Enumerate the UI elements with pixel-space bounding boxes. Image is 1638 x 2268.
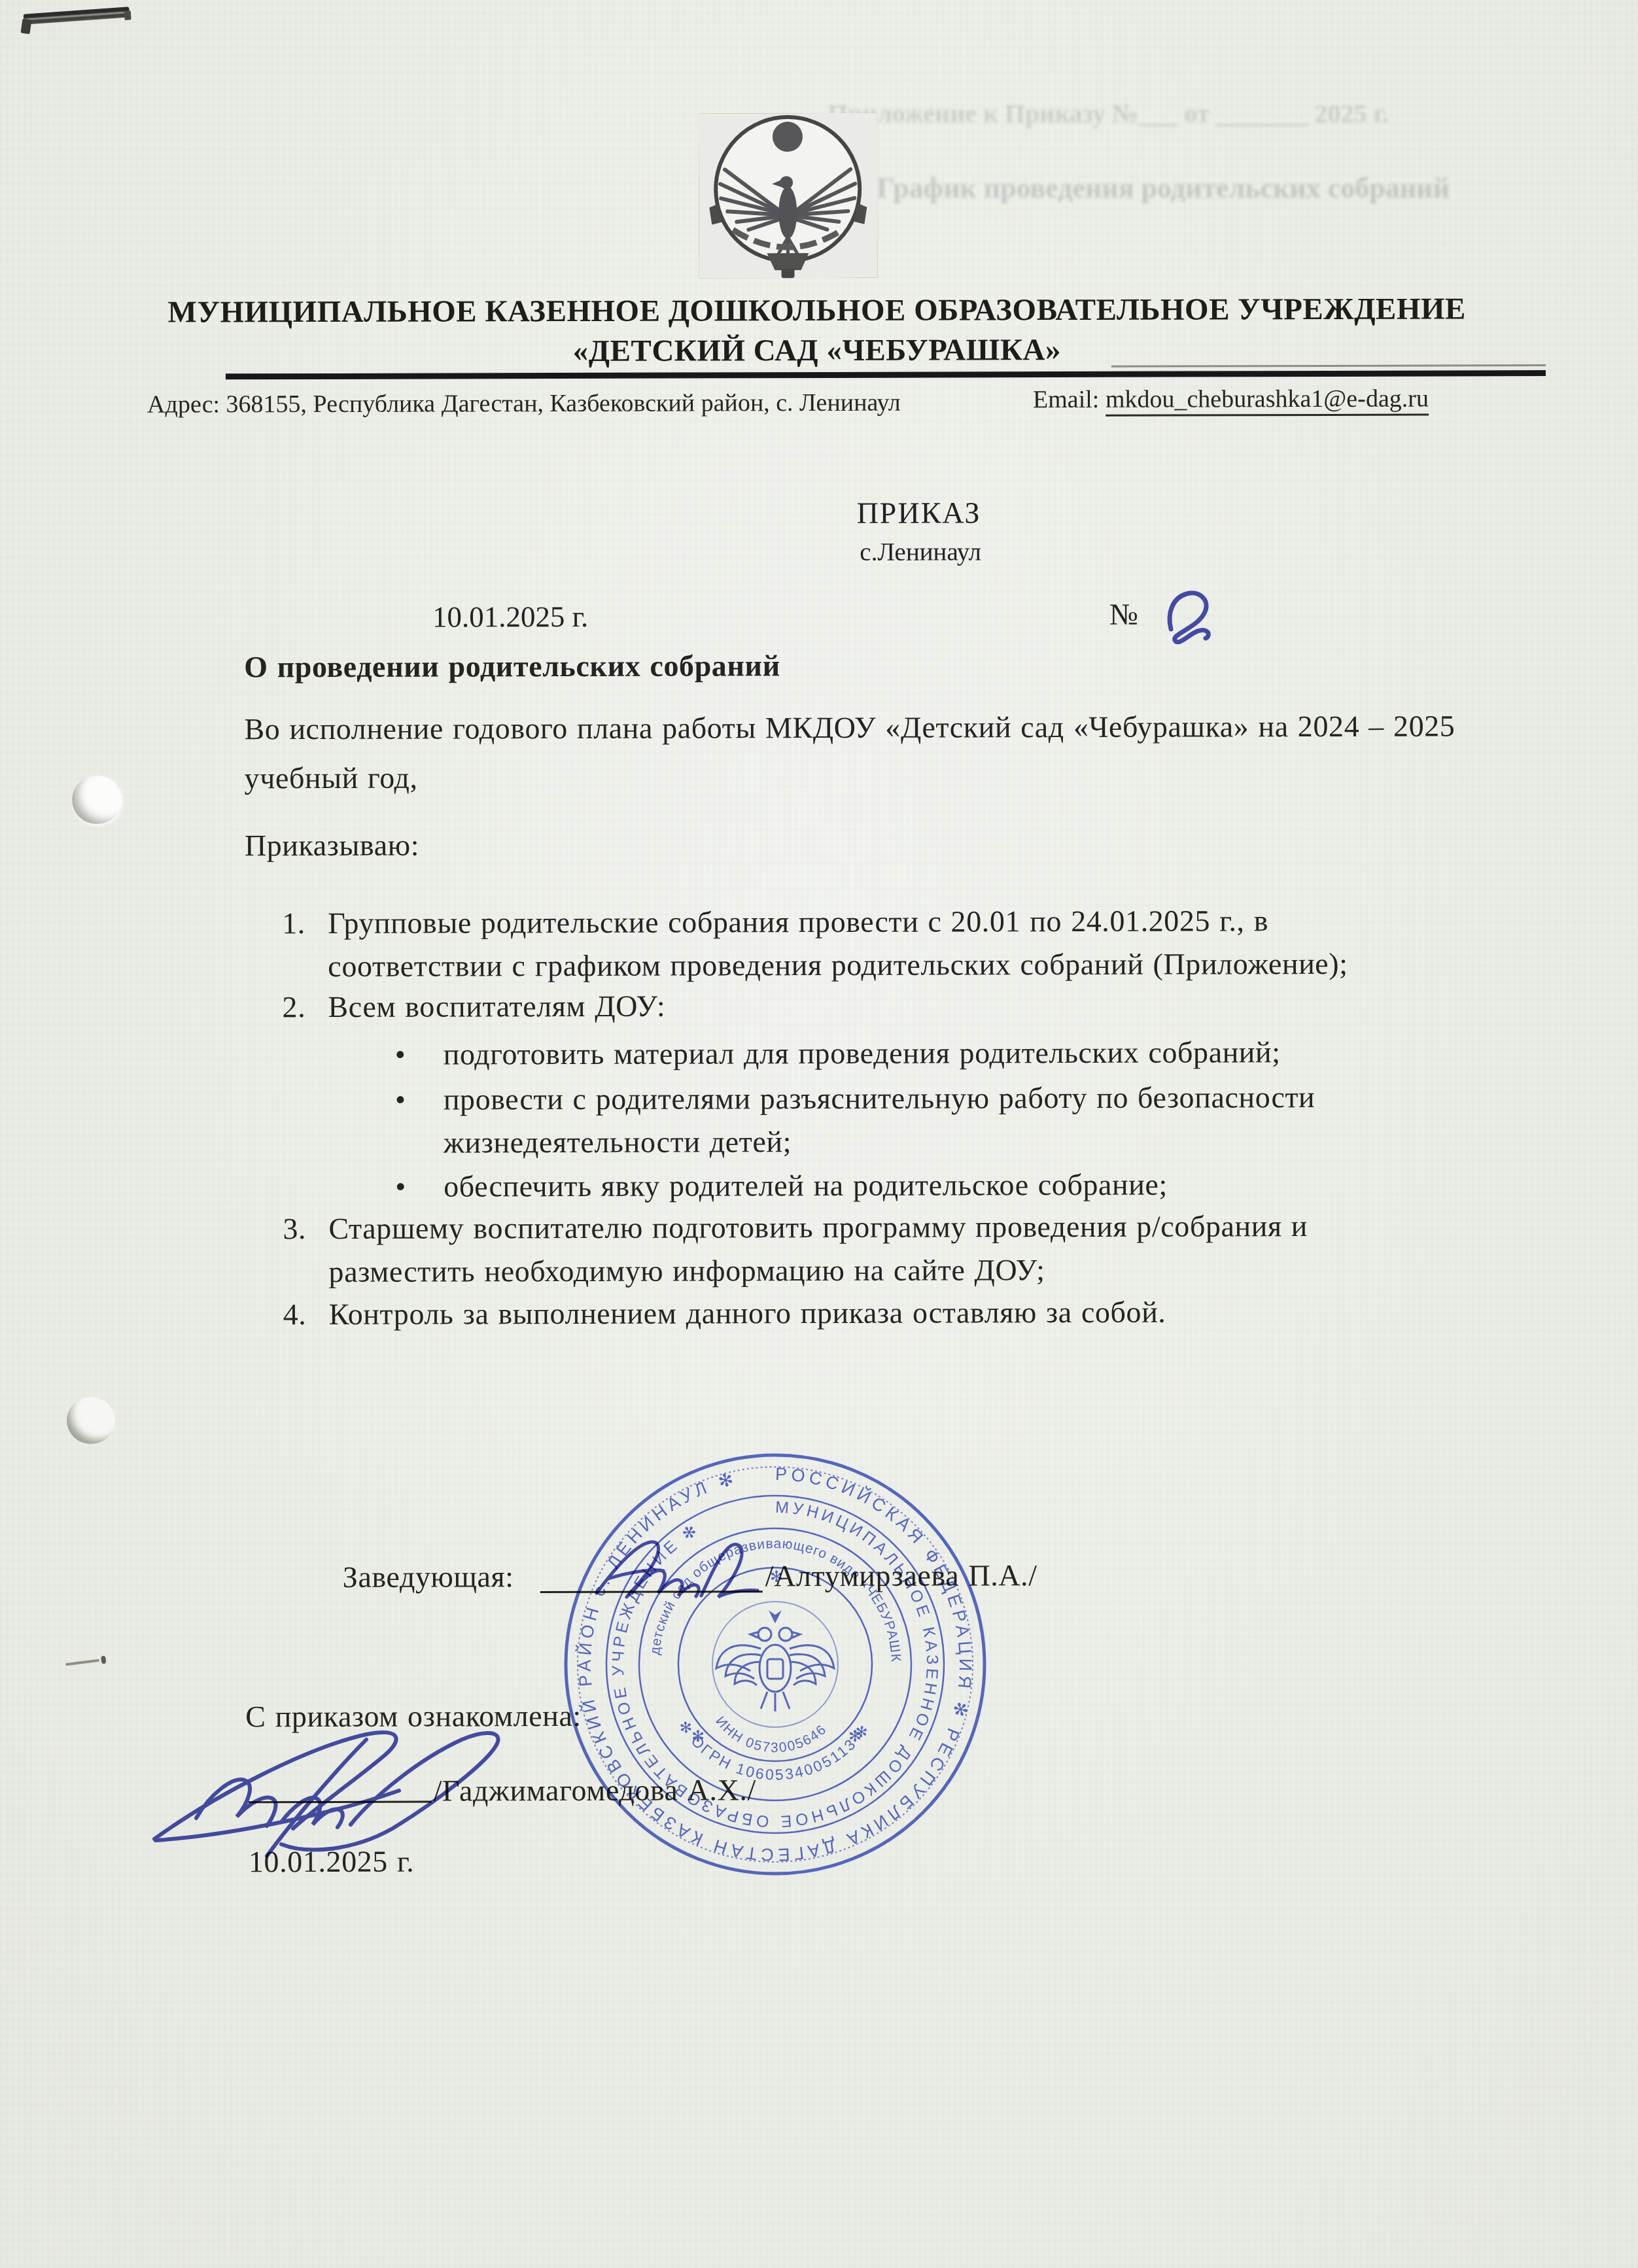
head-signature-label: Заведующая: xyxy=(343,1559,514,1594)
document-page: МУНИЦИПАЛЬНОЕ КАЗЕННОЕ ДОШКОЛЬНОЕ ОБРАЗО… xyxy=(0,0,1638,2268)
bullet-line: обеспечить явку родителей на родительско… xyxy=(444,1167,1168,1204)
bullet-line: подготовить материал для проведения роди… xyxy=(444,1035,1281,1071)
preamble-line: учебный год, xyxy=(245,761,418,796)
bullet-line: провести с родителями разъяснительную ра… xyxy=(444,1080,1316,1116)
doc-place: с.Ленинаул xyxy=(818,537,1024,567)
doc-date: 10.01.2025 г. xyxy=(432,600,589,634)
email-label: Email: xyxy=(1033,386,1099,413)
list-number: 1. xyxy=(282,906,305,940)
bullet-glyph: • xyxy=(395,1082,406,1117)
org-address: Адрес: 368155, Республика Дагестан, Казб… xyxy=(147,388,901,419)
doc-number-sign: № xyxy=(1109,597,1138,632)
dagestan-coat-of-arms-icon xyxy=(699,113,878,279)
stamp-star: ✻ xyxy=(770,1568,783,1586)
bullet-glyph: • xyxy=(395,1169,406,1204)
org-email: Email: mkdou_cheburashka1@e-dag.ru xyxy=(1033,385,1429,415)
svg-text:РОССИЙСКАЯ ФЕДЕРАЦИЯ ✻ РЕСПУ: РОССИЙСКАЯ ФЕДЕРАЦИЯ ✻ РЕСПУБЛИКА ДАГЕСТ… xyxy=(574,1464,975,1864)
header-rule xyxy=(226,370,1546,379)
email-value: mkdou_cheburashka1@e-dag.ru xyxy=(1106,385,1429,417)
double-headed-eagle-icon xyxy=(712,1602,838,1727)
bullet-line: жизнедеятельности детей; xyxy=(444,1124,792,1160)
header-rule-thin xyxy=(1111,364,1546,368)
list-item-line: разместить необходимую информацию на сай… xyxy=(328,1252,1045,1289)
list-item-line: Старшему воспитателю подготовить програм… xyxy=(328,1209,1308,1246)
list-item-line: Групповые родительские собрания провести… xyxy=(328,903,1268,940)
list-number: 3. xyxy=(283,1211,306,1246)
directive-word: Приказываю: xyxy=(245,828,419,863)
bullet-glyph: • xyxy=(395,1037,406,1072)
org-name-line1: МУНИЦИПАЛЬНОЕ КАЗЕННОЕ ДОШКОЛЬНОЕ ОБРАЗО… xyxy=(0,291,1636,331)
doc-type-title: ПРИКАЗ xyxy=(817,495,1020,530)
ack-label: С приказом ознакомлена: xyxy=(245,1698,582,1734)
stamp-star: ✻ xyxy=(848,1728,862,1745)
list-number: 4. xyxy=(283,1297,307,1332)
signature-line xyxy=(249,1801,432,1804)
stamp-outer-ring-text: РОССИЙСКАЯ ФЕДЕРАЦИЯ ✻ РЕСПУБЛИКА ДАГЕСТ… xyxy=(574,1464,975,1864)
stamp-star: ✻ xyxy=(691,1728,705,1745)
list-number: 2. xyxy=(282,989,305,1024)
list-item-line: Всем воспитателям ДОУ: xyxy=(328,989,665,1024)
preamble-line: Во исполнение годового плана работы МКДО… xyxy=(244,708,1455,746)
official-round-stamp: РОССИЙСКАЯ ФЕДЕРАЦИЯ ✻ РЕСПУБЛИКА ДАГЕСТ… xyxy=(557,1446,994,1883)
doc-subject: О проведении родительских собраний xyxy=(244,648,780,684)
list-item-line: соответствии с графиком проведения родит… xyxy=(328,946,1348,984)
list-item-line: Контроль за выполнением данного приказа … xyxy=(329,1295,1166,1332)
ack-date: 10.01.2025 г. xyxy=(249,1844,415,1880)
